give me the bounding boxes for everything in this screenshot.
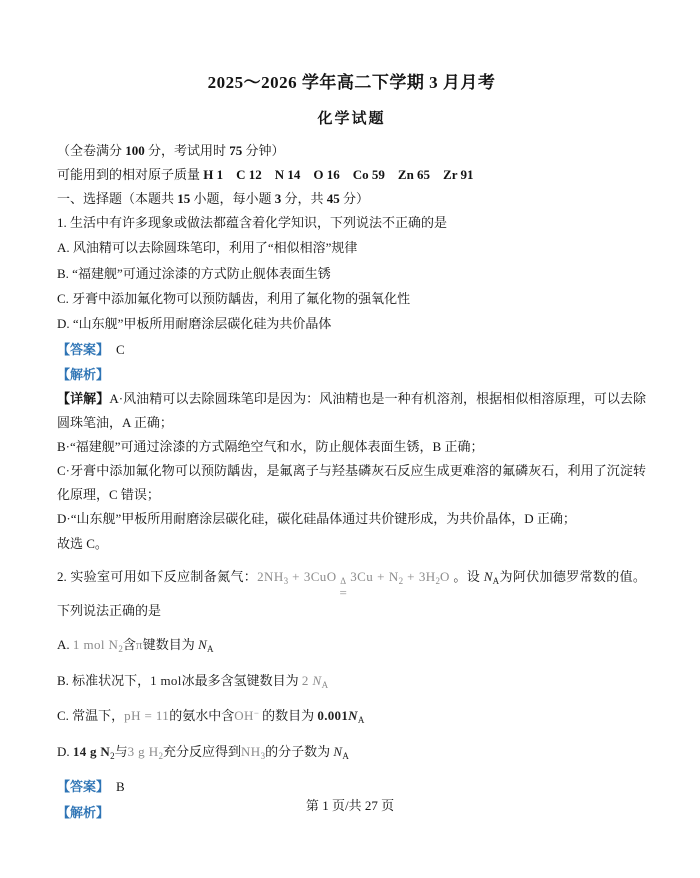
question-2-option-a: A. 1 mol N2含π键数目为 NA: [57, 631, 646, 659]
question-2-option-b: B. 标准状况下，1 mol冰最多含氢键数目为 2 NA: [57, 667, 646, 695]
question-1-stem: 1. 生活中有许多现象或做法都蕴含着化学知识，下列说法不正确的是: [57, 211, 646, 235]
answer-label: 【答案】: [57, 779, 109, 794]
page-content: 2025～2026 学年高二下学期 3 月月考 化学试题 （全卷满分 100 分…: [0, 0, 700, 825]
answer-label: 【答案】: [57, 342, 109, 357]
question-1-answer-line: 【答案】C: [57, 337, 646, 362]
analysis-label: 【解析】: [57, 367, 109, 382]
exam-subtitle: 化学试题: [57, 107, 646, 128]
question-1-option-d: D. “山东舰”甲板所用耐磨涂层碳化硅为共价晶体: [57, 311, 646, 336]
section-header: 一、选择题（本题共 15 小题，每小题 3 分，共 45 分）: [57, 187, 646, 211]
question-2-stem: 2. 实验室可用如下反应制备氮气：2NH3 + 3CuOΔ=3Cu + N2 +…: [57, 565, 646, 623]
question-2-option-d: D. 14 g N2与3 g H2充分反应得到NH3的分子数为 NA: [57, 738, 646, 766]
question-2-option-c: C. 常温下，pH = 11的氨水中含OH− 的数目为 0.001NA: [57, 702, 646, 730]
exam-info: （全卷满分 100 分，考试用时 75 分钟）: [57, 139, 646, 163]
question-1-detail-d: D·“山东舰”甲板所用耐磨涂层碳化硅，碳化硅晶体通过共价键形成，为共价晶体，D …: [57, 507, 646, 531]
question-1-option-a: A. 风油精可以去除圆珠笔印，利用了“相似相溶”规律: [57, 235, 646, 260]
page-title: 2025～2026 学年高二下学期 3 月月考: [57, 68, 646, 93]
question-1-detail-a: 【详解】A·风油精可以去除圆珠笔印是因为：风油精也是一种有机溶剂，根据相似相溶原…: [57, 387, 646, 435]
question-1-analysis-line: 【解析】: [57, 362, 646, 387]
question-1-detail-conclusion: 故选 C。: [57, 532, 646, 556]
question-1-option-b: B. “福建舰”可通过涂漆的方式防止舰体表面生锈: [57, 261, 646, 286]
atomic-mass-line: 可能用到的相对原子质量 H 1 C 12 N 14 O 16 Co 59 Zn …: [57, 163, 646, 187]
answer-value: B: [116, 779, 125, 794]
page-number-footer: 第 1 页/共 27 页: [0, 795, 700, 814]
question-1: 1. 生活中有许多现象或做法都蕴含着化学知识，下列说法不正确的是 A. 风油精可…: [57, 211, 646, 555]
question-1-detail-c: C·牙膏中添加氟化物可以预防龋齿，是氟离子与羟基磷灰石反应生成更难溶的氟磷灰石，…: [57, 459, 646, 507]
question-1-option-c: C. 牙膏中添加氟化物可以预防龋齿，利用了氟化物的强氧化性: [57, 286, 646, 311]
question-2: 2. 实验室可用如下反应制备氮气：2NH3 + 3CuOΔ=3Cu + N2 +…: [57, 565, 646, 825]
exam-paper-page: 2025～2026 学年高二下学期 3 月月考 化学试题 （全卷满分 100 分…: [0, 0, 700, 878]
question-1-detail-b: B·“福建舰”可通过涂漆的方式隔绝空气和水，防止舰体表面生锈，B 正确；: [57, 435, 646, 459]
answer-value: C: [116, 342, 125, 357]
